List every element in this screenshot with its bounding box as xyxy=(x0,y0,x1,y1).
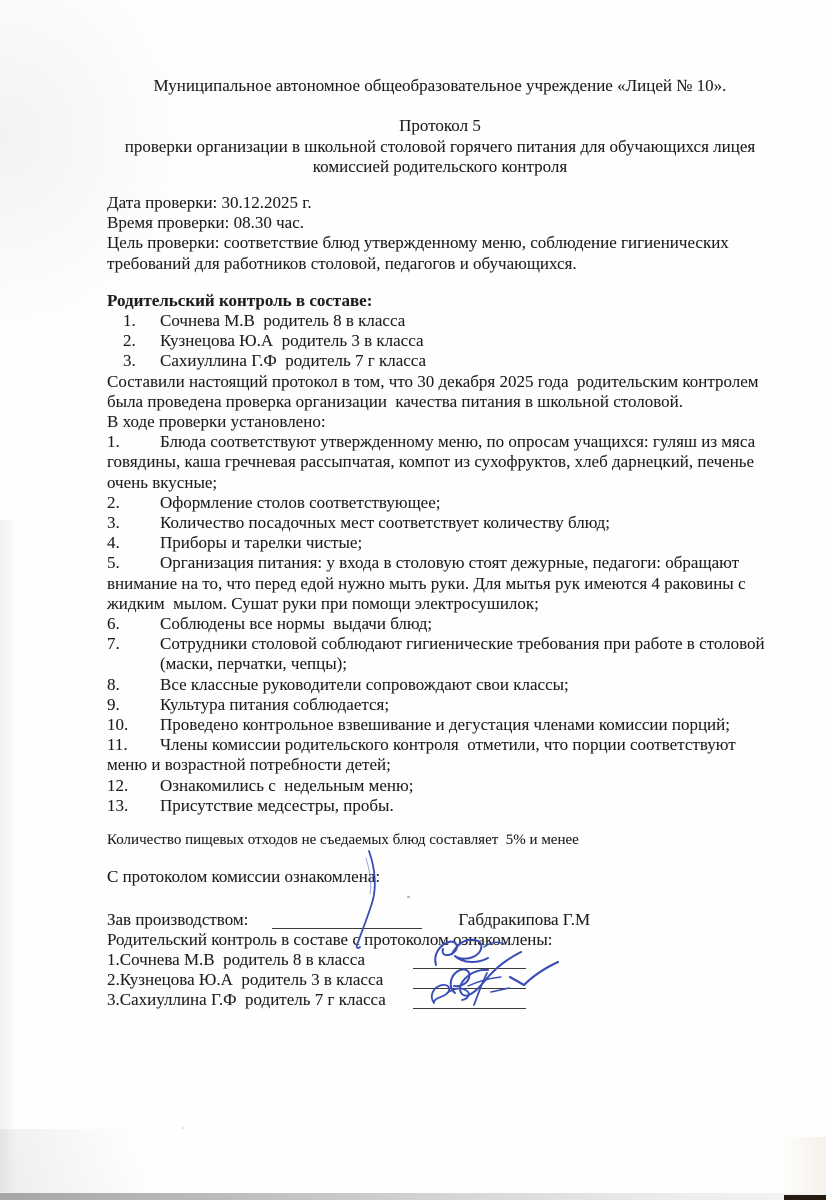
scan-warm-right-edge xyxy=(780,1137,826,1193)
finding-number: 4. xyxy=(107,533,160,553)
finding-item: 3.Количество посадочных мест соответству… xyxy=(107,513,773,533)
protocol-subtitle-line2: комиссией родительского контроля xyxy=(107,157,773,177)
finding-text: Все классные руководители сопровождают с… xyxy=(160,675,569,694)
finding-text: Сотрудники столовой соблюдают гигиеничес… xyxy=(160,634,765,653)
finding-number: 13. xyxy=(107,796,160,816)
parent-signature-line xyxy=(413,987,526,989)
finding-item: 2.Оформление столов соответствующее; xyxy=(107,493,773,513)
member-name: Сахиуллина Г.Ф родитель 7 г класса xyxy=(160,351,426,370)
findings-intro: В ходе проверки установлено: xyxy=(107,412,773,432)
parent-name: 2.Кузнецова Ю.А родитель 3 в класса xyxy=(107,970,413,990)
finding-item: 6.Соблюдены все нормы выдачи блюд; xyxy=(107,614,773,634)
production-manager-name: Габдракипова Г.М xyxy=(458,910,590,929)
finding-text: Организация питания: у входа в столовую … xyxy=(107,553,750,612)
inspection-purpose: Цель проверки: соответствие блюд утвержд… xyxy=(107,233,773,273)
institution-name: Муниципальное автономное общеобразовател… xyxy=(107,76,773,96)
finding-item: 12.Ознакомились с недельным меню; xyxy=(107,776,773,796)
committee-member-row: 3.Сахиуллина Г.Ф родитель 7 г класса xyxy=(107,351,773,371)
parents-ack-heading: Родительский контроль в составе с проток… xyxy=(107,930,773,950)
production-manager-row: Зав производством:Габдракипова Г.М xyxy=(107,910,773,930)
finding-number: 9. xyxy=(107,695,160,715)
committee-member-list: 1.Сочнева М.В родитель 8 в класса 2.Кузн… xyxy=(107,311,773,372)
parent-signature-row: 2.Кузнецова Ю.А родитель 3 в класса xyxy=(107,970,773,990)
finding-number: 12. xyxy=(107,776,160,796)
finding-number: 6. xyxy=(107,614,160,634)
finding-number: 11. xyxy=(107,735,160,755)
inspection-date: Дата проверки: 30.12.2025 г. xyxy=(107,193,773,213)
scan-speck xyxy=(407,896,410,898)
scanner-edge-dark-corner xyxy=(784,1195,826,1200)
acknowledgment-line: С протоколом комиссии ознакомлена: xyxy=(107,867,773,887)
finding-text: Соблюдены все нормы выдачи блюд; xyxy=(160,614,432,633)
manager-signature-line xyxy=(272,927,422,929)
finding-item: 9.Культура питания соблюдается; xyxy=(107,695,773,715)
protocol-subtitle-line1: проверки организации в школьной столовой… xyxy=(107,137,773,157)
inspection-time: Время проверки: 08.30 час. xyxy=(107,213,773,233)
member-name: Кузнецова Ю.А родитель 3 в класса xyxy=(160,331,424,350)
finding-number: 10. xyxy=(107,715,160,735)
finding-text: Блюда соответствуют утвержденному меню, … xyxy=(107,432,759,491)
finding-text: Члены комиссии родительского контроля от… xyxy=(107,735,740,774)
finding-number: 7. xyxy=(107,634,160,654)
finding-text: Приборы и тарелки чистые; xyxy=(160,533,362,552)
scanner-edge-strip xyxy=(0,1193,826,1200)
finding-item: 13.Присутствие медсестры, пробы. xyxy=(107,796,773,816)
finding-text: Проведено контрольное взвешивание и дегу… xyxy=(160,715,730,734)
inspection-meta: Дата проверки: 30.12.2025 г. Время прове… xyxy=(107,193,773,274)
finding-text: Оформление столов соответствующее; xyxy=(160,493,440,512)
finding-item: 10.Проведено контрольное взвешивание и д… xyxy=(107,715,773,735)
waste-note: Количество пищевых отходов не съедаемых … xyxy=(107,830,773,850)
committee-heading: Родительский контроль в составе: xyxy=(107,291,773,311)
parent-signature-line xyxy=(413,1007,526,1009)
parent-name: 1.Сочнева М.В родитель 8 в класса xyxy=(107,950,413,970)
member-name: Сочнева М.В родитель 8 в класса xyxy=(160,311,405,330)
finding-item: 4.Приборы и тарелки чистые; xyxy=(107,533,773,553)
scan-speck xyxy=(182,1127,185,1129)
finding-text: Количество посадочных мест соответствует… xyxy=(160,513,610,532)
production-manager-label: Зав производством: xyxy=(107,910,248,929)
protocol-title: Протокол 5 xyxy=(107,116,773,136)
member-number: 3. xyxy=(123,351,160,371)
finding-number: 5. xyxy=(107,553,160,573)
finding-item: 8.Все классные руководители сопровождают… xyxy=(107,675,773,695)
committee-member-row: 2.Кузнецова Ю.А родитель 3 в класса xyxy=(107,331,773,351)
document-page: Муниципальное автономное общеобразовател… xyxy=(0,0,826,1200)
parent-name: 3.Сахиуллина Г.Ф родитель 7 г класса xyxy=(107,990,413,1010)
scan-shadow-top-left xyxy=(0,0,190,340)
parent-signature-row: 3.Сахиуллина Г.Ф родитель 7 г класса xyxy=(107,990,773,1010)
finding-number: 2. xyxy=(107,493,160,513)
finding-number: 3. xyxy=(107,513,160,533)
finding-text: Культура питания соблюдается; xyxy=(160,695,389,714)
scan-shadow-left-edge xyxy=(0,520,16,1192)
finding-item: 1.Блюда соответствуют утвержденному меню… xyxy=(107,432,773,493)
parent-signature-rows: 1.Сочнева М.В родитель 8 в класса 2.Кузн… xyxy=(107,950,773,1011)
parent-signature-line xyxy=(413,967,526,969)
findings-list: 1.Блюда соответствуют утвержденному меню… xyxy=(107,432,773,816)
finding-item: 11.Члены комиссии родительского контроля… xyxy=(107,735,773,775)
scan-shadow-bottom-left xyxy=(0,1129,230,1193)
finding-item: 5.Организация питания: у входа в столову… xyxy=(107,553,773,614)
finding-text: Ознакомились с недельным меню; xyxy=(160,776,413,795)
finding-item: 7.Сотрудники столовой соблюдают гигиенич… xyxy=(107,634,773,674)
parent-signature-row: 1.Сочнева М.В родитель 8 в класса xyxy=(107,950,773,970)
finding-number: 1. xyxy=(107,432,160,452)
committee-member-row: 1.Сочнева М.В родитель 8 в класса xyxy=(107,311,773,331)
finding-number: 8. xyxy=(107,675,160,695)
finding-text: Присутствие медсестры, пробы. xyxy=(160,796,394,815)
preamble-paragraph: Составили настоящий протокол в том, что … xyxy=(107,372,773,412)
finding-subtext: (маски, перчатки, чепцы); xyxy=(107,654,773,674)
